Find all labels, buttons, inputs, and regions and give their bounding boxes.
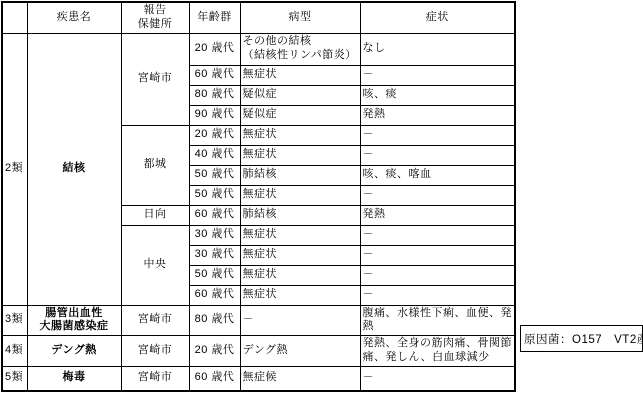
table-row: 5類 梅毒 宮崎市 60 歳代 無症候 － <box>2 367 515 391</box>
disease-type-cell: 肺結核 <box>240 205 360 225</box>
category-cell: 2類 <box>2 33 27 305</box>
table-header-row: 疾患名 報告 保健所 年齢群 病型 症状 <box>2 2 515 33</box>
disease-type-cell: 無症状 <box>240 125 360 145</box>
category-cell: 5類 <box>2 367 27 391</box>
symptoms-cell: － <box>360 245 515 265</box>
symptoms-cell: 発熱、全身の筋肉痛、骨関節痛、発しん、白血球減少 <box>360 336 515 367</box>
header-symptoms-cell: 症状 <box>360 2 515 33</box>
disease-type-cell: 無症状 <box>240 245 360 265</box>
health-center-cell: 宮崎市 <box>121 367 189 391</box>
table-row: 2類 結核 宮崎市 20 歳代 その他の結核 （結核性リンパ節炎） なし <box>2 33 515 65</box>
symptoms-cell: － <box>360 65 515 85</box>
age-group-cell: 60 歳代 <box>189 285 240 305</box>
disease-type-cell: － <box>240 305 360 336</box>
health-center-cell: 中央 <box>121 225 189 305</box>
age-group-cell: 20 歳代 <box>189 125 240 145</box>
health-center-cell: 宮崎市 <box>121 33 189 125</box>
age-group-cell: 90 歳代 <box>189 105 240 125</box>
age-group-cell: 30 歳代 <box>189 245 240 265</box>
age-group-cell: 20 歳代 <box>189 336 240 367</box>
symptoms-cell: － <box>360 185 515 205</box>
header-disease-cell: 疾患名 <box>27 2 121 33</box>
header-disease-type-cell: 病型 <box>240 2 360 33</box>
health-center-cell: 宮崎市 <box>121 305 189 336</box>
category-cell: 4類 <box>2 336 27 367</box>
age-group-cell: 20 歳代 <box>189 33 240 65</box>
health-center-cell: 都城 <box>121 125 189 205</box>
symptoms-cell: 発熱 <box>360 105 515 125</box>
age-group-cell: 50 歳代 <box>189 185 240 205</box>
disease-type-cell: 無症状 <box>240 145 360 165</box>
infection-report-page: 疾患名 報告 保健所 年齢群 病型 症状 2類 結核 宮崎市 20 歳代 その他… <box>0 0 643 415</box>
health-center-cell: 日向 <box>121 205 189 225</box>
disease-type-cell: 無症状 <box>240 185 360 205</box>
header-age-group-cell: 年齢群 <box>189 2 240 33</box>
age-group-cell: 80 歳代 <box>189 85 240 105</box>
symptoms-cell: － <box>360 125 515 145</box>
symptoms-cell: 腹痛、水様性下痢、血便、発熱 <box>360 305 515 336</box>
table-row: 4類 デング熱 宮崎市 20 歳代 デング熱 発熱、全身の筋肉痛、骨関節痛、発し… <box>2 336 515 367</box>
age-group-cell: 50 歳代 <box>189 265 240 285</box>
health-center-cell: 宮崎市 <box>121 336 189 367</box>
header-category-cell <box>2 2 27 33</box>
symptoms-cell: 発熱 <box>360 205 515 225</box>
age-group-cell: 60 歳代 <box>189 205 240 225</box>
disease-type-cell: その他の結核 （結核性リンパ節炎） <box>240 33 360 65</box>
symptoms-cell: 咳、痰 <box>360 85 515 105</box>
disease-name-cell: デング熱 <box>27 336 121 367</box>
symptoms-cell: 咳、痰、喀血 <box>360 165 515 185</box>
annotation-box: 原因菌：O157 VT2産生 <box>520 325 643 352</box>
disease-type-cell: 無症状 <box>240 65 360 85</box>
disease-type-cell: 無症状 <box>240 265 360 285</box>
infection-report-table: 疾患名 報告 保健所 年齢群 病型 症状 2類 結核 宮崎市 20 歳代 その他… <box>1 1 516 392</box>
age-group-cell: 80 歳代 <box>189 305 240 336</box>
age-group-cell: 40 歳代 <box>189 145 240 165</box>
symptoms-cell: － <box>360 225 515 245</box>
age-group-cell: 50 歳代 <box>189 165 240 185</box>
disease-type-cell: デング熱 <box>240 336 360 367</box>
age-group-cell: 60 歳代 <box>189 367 240 391</box>
symptoms-cell: － <box>360 265 515 285</box>
header-health-center-cell: 報告 保健所 <box>121 2 189 33</box>
disease-type-cell: 無症状 <box>240 285 360 305</box>
disease-type-cell: 無症候 <box>240 367 360 391</box>
disease-type-cell: 疑似症 <box>240 105 360 125</box>
disease-name-cell: 梅毒 <box>27 367 121 391</box>
age-group-cell: 30 歳代 <box>189 225 240 245</box>
disease-type-cell: 肺結核 <box>240 165 360 185</box>
symptoms-cell: － <box>360 145 515 165</box>
category-cell: 3類 <box>2 305 27 336</box>
disease-type-cell: 疑似症 <box>240 85 360 105</box>
symptoms-cell: なし <box>360 33 515 65</box>
symptoms-cell: － <box>360 285 515 305</box>
disease-name-cell: 結核 <box>27 33 121 305</box>
annotation-text: 原因菌：O157 VT2産生 <box>524 331 643 347</box>
age-group-cell: 60 歳代 <box>189 65 240 85</box>
disease-type-cell: 無症状 <box>240 225 360 245</box>
table-row: 3類 腸管出血性 大腸菌感染症 宮崎市 80 歳代 － 腹痛、水様性下痢、血便、… <box>2 305 515 336</box>
symptoms-cell: － <box>360 367 515 391</box>
disease-name-cell: 腸管出血性 大腸菌感染症 <box>27 305 121 336</box>
